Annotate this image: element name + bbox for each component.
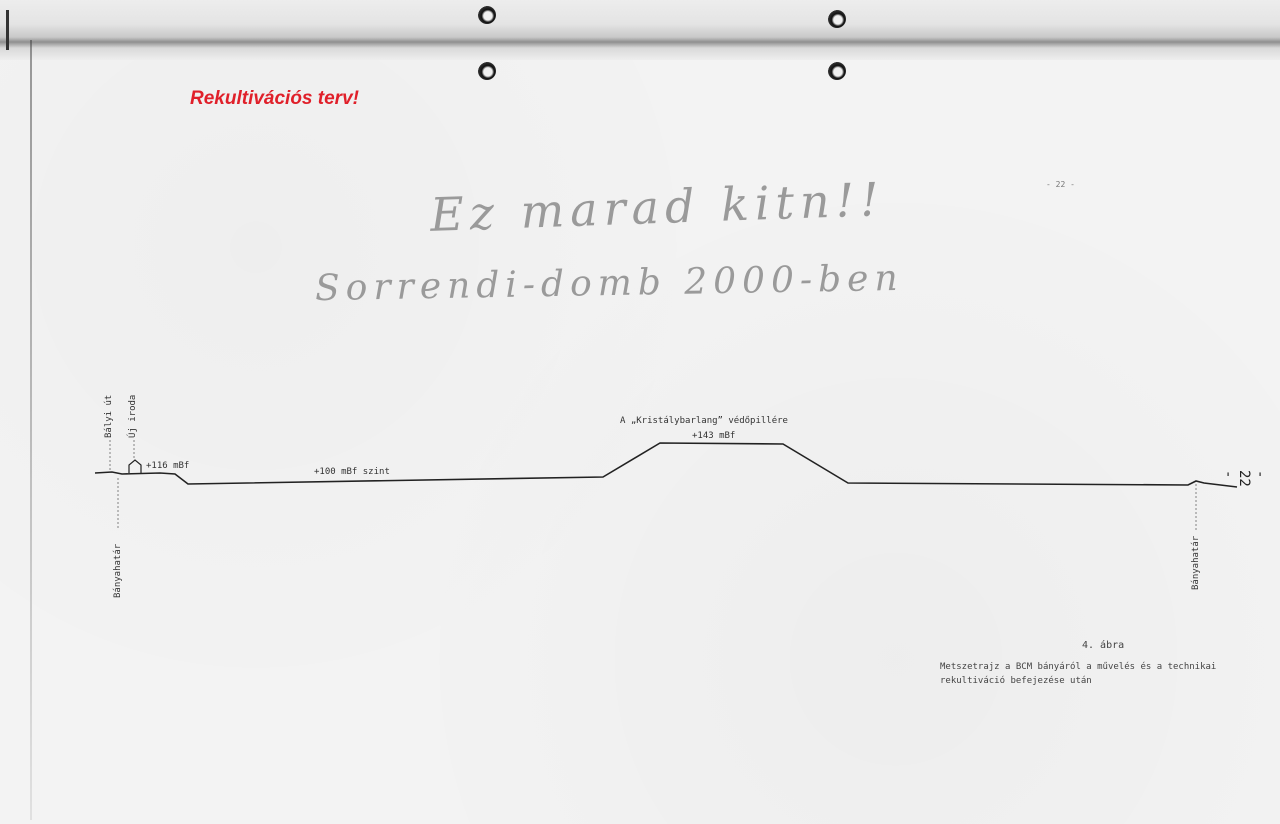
level-label: +100 mBf szint	[314, 467, 390, 477]
hill-elevation: +143 mBf	[692, 431, 735, 441]
scanned-page: Rekultivációs terv! - 22 - Ez marad kitn…	[0, 0, 1280, 824]
house-outline-icon	[129, 460, 141, 473]
right-boundary-label: Bányahatár	[1191, 536, 1201, 590]
office-elevation: +116 mBf	[146, 461, 189, 471]
office-label: Új iroda	[128, 395, 138, 438]
cross-section-profile	[0, 0, 1280, 824]
hill-title: A „Kristálybarlang” védőpillére	[620, 416, 788, 426]
road-label: Bályi út	[104, 395, 114, 438]
caption-line-2: rekultiváció befejezése után	[940, 674, 1260, 688]
figure-number: 4. ábra	[1082, 640, 1124, 651]
caption-line-1: Metszetrajz a BCM bányáról a művelés és …	[940, 660, 1260, 674]
left-boundary-label: Bányahatár	[113, 544, 123, 598]
figure-caption: Metszetrajz a BCM bányáról a művelés és …	[940, 660, 1260, 688]
edge-page-number: - 22 -	[1220, 470, 1268, 487]
